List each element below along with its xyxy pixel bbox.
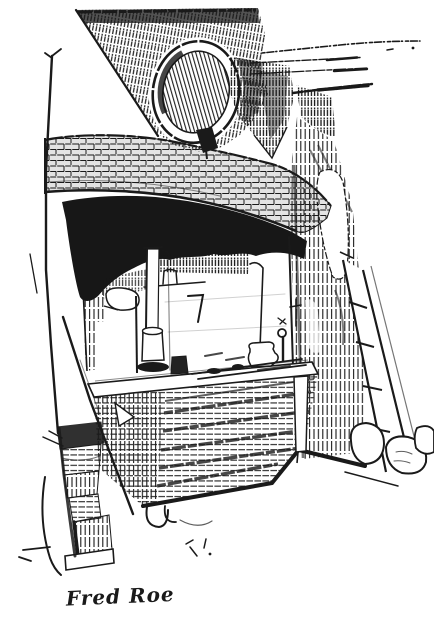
chest-stile	[294, 376, 308, 452]
candlestick-base	[137, 362, 169, 372]
scanned-illustration: Fred Roe	[0, 0, 434, 620]
inglenook-sketch	[0, 0, 434, 620]
artist-signature: Fred Roe	[65, 581, 186, 616]
